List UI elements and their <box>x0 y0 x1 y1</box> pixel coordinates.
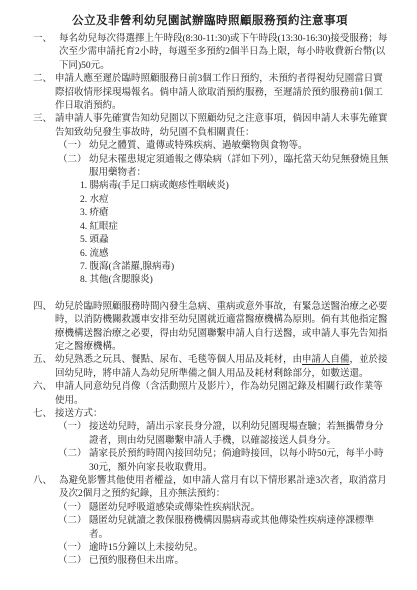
notice-item-7: 七、接送方式： （一）接送幼兒時，請出示家長身分證，以利幼兒園現場查驗；若無攜帶… <box>33 408 391 475</box>
disease-list-item: 3. 疥瘡 <box>80 207 391 220</box>
sub-item: （二）已預約服務但未出席。 <box>58 555 391 568</box>
page-title: 公立及非營利幼兒園試辦臨時照顧服務預約注意事項 <box>29 13 391 29</box>
sub-item-text: 已預約服務但未出席。 <box>89 556 184 566</box>
item-text: 幼兒熟悉之玩具、餐點、尿布、毛毯等個人用品及耗材，由 <box>55 355 302 365</box>
disease-list-item: 8. 其他(含腮腺炎) <box>80 274 391 287</box>
sub-item-text: 幼兒未罹患規定須通報之傳染病（詳如下列），臨托當天幼兒無發燒且無服用藥物者： <box>89 155 388 178</box>
item-text: 請申請人事先確實告知幼兒園以下照顧幼兒之注意事項，倘因申請人未事先確實告知致幼兒… <box>55 114 388 137</box>
sub-item: （一）接送幼兒時，請出示家長身分證，以利幼兒園現場查驗；若無攜帶身分證者，則由幼… <box>58 421 391 448</box>
item-text: 接送方式： <box>55 409 103 419</box>
notice-item-6: 六、申請人同意幼兒肖像（含活動照片及影片），作為幼兒園記錄及相關行政作業等使用。 <box>33 381 391 408</box>
item-marker: 七、 <box>33 408 52 421</box>
notice-item-1: 一、每名幼兒每次得選擇上午時段(8:30-11:30)或下午時段(13:30-1… <box>33 33 391 73</box>
item-text: 每名幼兒每次得選擇上午時段(8:30-11:30)或下午時段(13:30-16:… <box>59 34 387 71</box>
sub-item-marker: （二） <box>58 154 87 167</box>
disease-list: 1. 腸病毒(手足口病或皰疹性咽峽炎) 2. 水痘 3. 疥瘡 4. 紅眼症 5… <box>80 180 391 287</box>
sub-item-marker: （一） <box>58 421 87 434</box>
sub-item-marker: （一） <box>58 502 87 515</box>
sub-item: （一）幼兒之體質、遺傳或特殊疾病、過敏藥物與食物等。 <box>58 140 391 153</box>
item-marker: 一、 <box>33 33 52 46</box>
disease-list-item: 2. 水痘 <box>80 194 391 207</box>
sub-item-marker: （一） <box>58 140 87 153</box>
sub-item-text: 隱匿幼兒就讀之教保服務機構因腸病毒或其他傳染性疾病達停課標準者。 <box>89 516 374 539</box>
sub-item: （二）幼兒未罹患規定須通報之傳染病（詳如下列），臨托當天幼兒無發燒且無服用藥物者… <box>58 154 391 181</box>
disease-list-item: 4. 紅眼症 <box>80 221 391 234</box>
notice-item-2: 二、申請人應至遲於臨時照顧服務日前3個工作日預約，未預約者得視幼兒園當日實際招收… <box>33 73 391 113</box>
item-marker: 八、 <box>33 475 52 488</box>
item-marker: 三、 <box>33 113 52 126</box>
notice-item-5: 五、幼兒熟悉之玩具、餐點、尿布、毛毯等個人用品及耗材，由申請人自備，並於接回幼兒… <box>33 354 391 381</box>
notice-document-page: 公立及非營利幼兒園試辦臨時照顧服務預約注意事項 一、每名幼兒每次得選擇上午時段(… <box>0 0 417 590</box>
sub-item-text: 接送幼兒時，請出示家長身分證，以利幼兒園現場查驗；若無攜帶身分證者，則由幼兒園聯… <box>89 422 384 445</box>
sub-item: （二）隱匿幼兒就讀之教保服務機構因腸病毒或其他傳染性疾病達停課標準者。 <box>58 515 391 542</box>
sub-item: （二）請家長於預約時間內接回幼兒；倘逾時接回，以每小時50元，每半小時30元，額… <box>58 448 391 475</box>
notice-item-4: 四、幼兒於臨時照顧服務時間內發生急病、重病或意外事故，有緊急送醫治療之必要時，以… <box>33 301 391 355</box>
sub-item-text: 請家長於預約時間內接回幼兒；倘逾時接回，以每小時50元，每半小時30元，額外向家… <box>89 449 384 472</box>
sub-item-text: 隱匿幼兒呼吸道感染或傳染性疾病狀況。 <box>89 503 260 513</box>
disease-list-item: 1. 腸病毒(手足口病或皰疹性咽峽炎) <box>80 180 391 193</box>
item-marker: 四、 <box>33 301 52 314</box>
underlined-text: 申請人自備 <box>302 355 350 365</box>
disease-list-item: 6. 流感 <box>80 248 391 261</box>
sub-item: （一）逾時15分鐘以上未接幼兒。 <box>58 542 391 555</box>
item-marker: 二、 <box>33 73 52 86</box>
sub-item-text: 逾時15分鐘以上未接幼兒。 <box>89 543 203 553</box>
item-marker: 六、 <box>33 381 52 394</box>
sub-item: （一）隱匿幼兒呼吸道感染或傳染性疾病狀況。 <box>58 502 391 515</box>
item-text: 為避免影響其他使用者權益，如申請人當月有以下情形累計達3次者，取消當月及次2個月… <box>59 476 387 499</box>
sub-item-marker: （二） <box>58 448 87 461</box>
item-text: 幼兒於臨時照顧服務時間內發生急病、重病或意外事故，有緊急送醫治療之必要時，以消防… <box>55 302 388 352</box>
sub-item-marker: （二） <box>58 515 87 528</box>
item-text: 申請人同意幼兒肖像（含活動照片及影片），作為幼兒園記錄及相關行政作業等使用。 <box>55 382 383 405</box>
sub-item-marker: （二） <box>58 555 87 568</box>
disease-list-item: 7. 腹瀉(含諾羅,腺病毒) <box>80 261 391 274</box>
item-marker: 五、 <box>33 354 52 367</box>
sub-item-marker: （一） <box>58 542 87 555</box>
disease-list-item: 5. 頭蝨 <box>80 234 391 247</box>
item-text: 申請人應至遲於臨時照顧服務日前3個工作日預約，未預約者得視幼兒園當日實際招收情形… <box>55 74 383 111</box>
notice-item-8: 八、為避免影響其他使用者權益，如申請人當月有以下情形累計達3次者，取消當月及次2… <box>33 475 391 569</box>
notice-item-3: 三、請申請人事先確實告知幼兒園以下照顧幼兒之注意事項，倘因申請人未事先確實告知致… <box>33 113 391 287</box>
sub-item-text: 幼兒之體質、遺傳或特殊疾病、過敏藥物與食物等。 <box>89 141 308 151</box>
